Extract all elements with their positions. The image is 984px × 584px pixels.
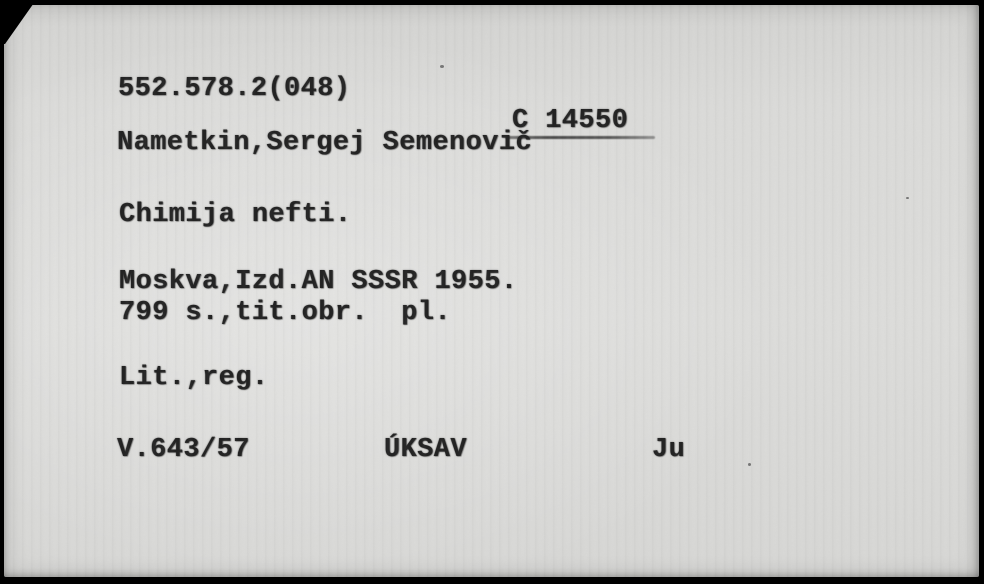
ink-speck [906, 197, 909, 199]
classification-number: 552.578.2(048) [118, 76, 350, 103]
scan-background: 552.578.2(048) C 14550 Nametkin,Sergej S… [0, 0, 984, 584]
ink-speck [748, 463, 751, 466]
call-number: V.643/57 [117, 437, 250, 464]
notes-line: Lit.,reg. [119, 365, 268, 392]
library-sigla: ÚKSAV [384, 437, 467, 464]
author-line: Nametkin,Sergej Semenovič [117, 130, 532, 157]
imprint-line: Moskva,Izd.AN SSSR 1955. [119, 269, 517, 296]
ink-speck [440, 65, 444, 68]
cataloguer-initials: Ju [652, 437, 685, 464]
collation-line: 799 s.,tit.obr. pl. [119, 300, 451, 327]
catalog-card: 552.578.2(048) C 14550 Nametkin,Sergej S… [4, 5, 979, 577]
title-line: Chimija nefti. [119, 202, 351, 229]
